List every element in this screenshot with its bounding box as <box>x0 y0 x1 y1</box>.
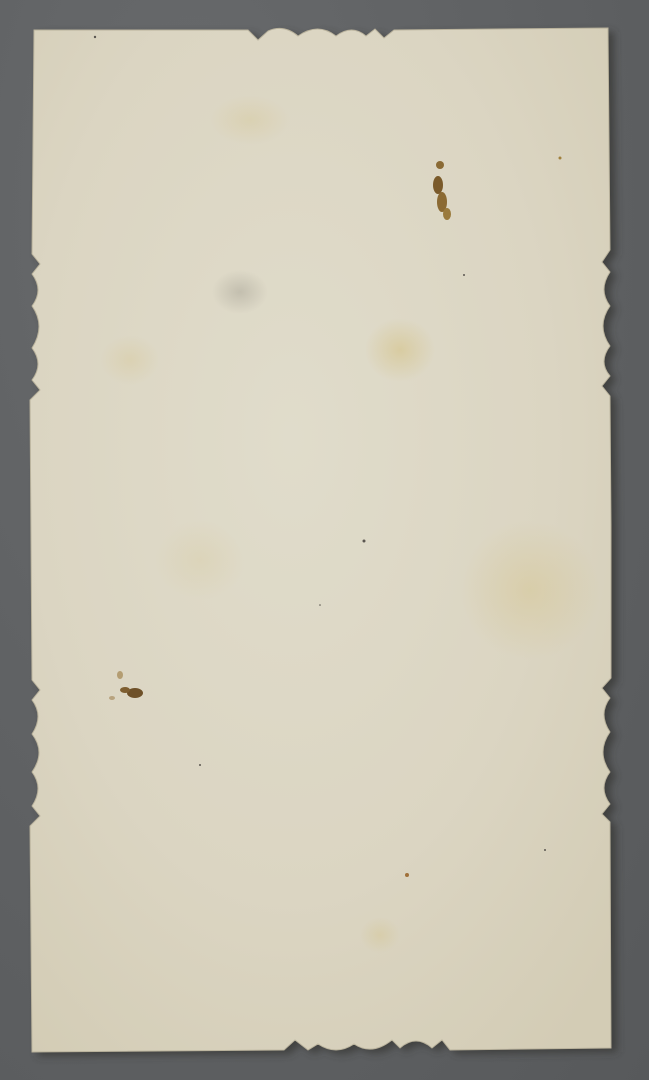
water-mark-left <box>100 335 160 385</box>
water-mark-mid <box>155 520 245 600</box>
water-mark-center-left <box>365 318 435 382</box>
water-mark-right <box>460 520 600 660</box>
photo-scene <box>0 0 649 1080</box>
water-mark-top <box>210 95 290 145</box>
smudge-upper-center <box>212 270 268 314</box>
paper-card <box>0 0 649 1080</box>
water-mark-lower <box>360 917 400 953</box>
